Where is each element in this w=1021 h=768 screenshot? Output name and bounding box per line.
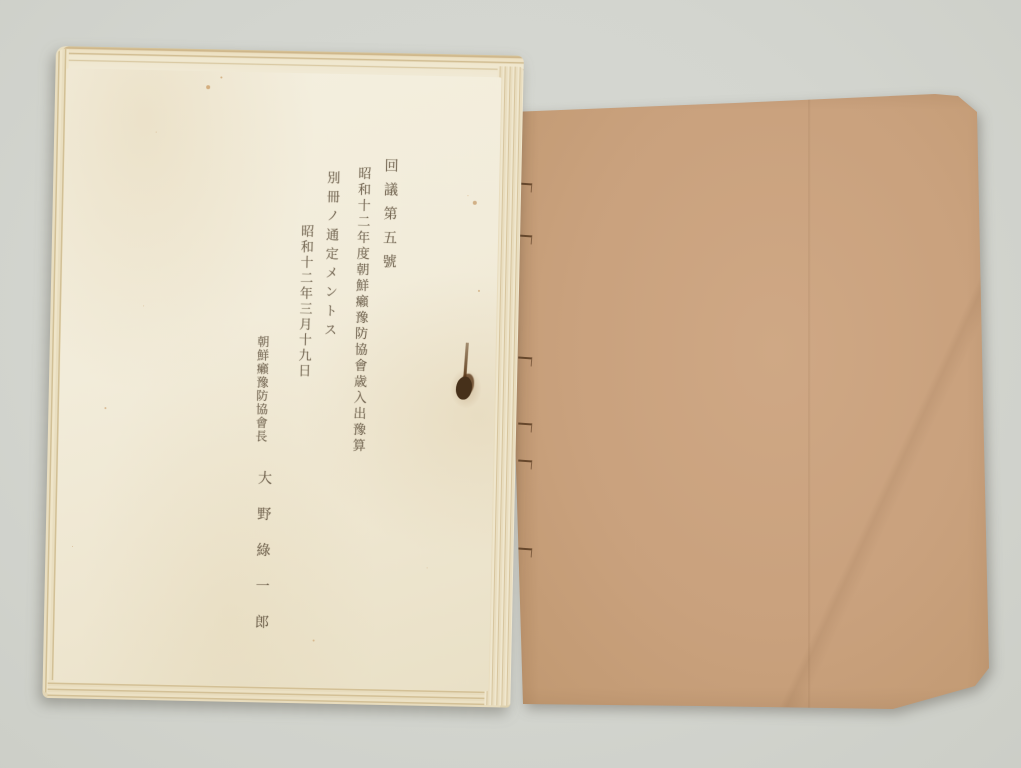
title-page: 回議第五號 昭和十二年度朝鮮癩豫防協會歳入出豫算 別冊ノ通定メントス 昭和十二年… — [54, 68, 502, 691]
binding-stitch — [518, 423, 533, 433]
binding-stitch — [518, 460, 533, 470]
vertical-text-column-office: 朝鮮癩豫防協會長 — [253, 335, 272, 443]
vertical-text-column-date: 昭和十二年三月十九日 — [293, 224, 315, 379]
vertical-text-column-name: 大野綠一郎 — [250, 470, 274, 650]
photo-scene: 回議第五號 昭和十二年度朝鮮癩豫防協會歳入出豫算 別冊ノ通定メントス 昭和十二年… — [0, 0, 1021, 768]
binding-stitch — [518, 548, 533, 558]
booklet: 回議第五號 昭和十二年度朝鮮癩豫防協會歳入出豫算 別冊ノ通定メントス 昭和十二年… — [42, 46, 524, 708]
kraft-paper-page — [505, 88, 995, 713]
vertical-text-column-title: 昭和十二年度朝鮮癩豫防協會歳入出豫算 — [348, 166, 373, 454]
vertical-text-column-note: 別冊ノ通定メントス — [319, 171, 342, 342]
vertical-text-column-docno: 回議第五號 — [378, 158, 401, 278]
binding-stitch — [518, 357, 533, 367]
foxing-spots — [206, 85, 210, 89]
